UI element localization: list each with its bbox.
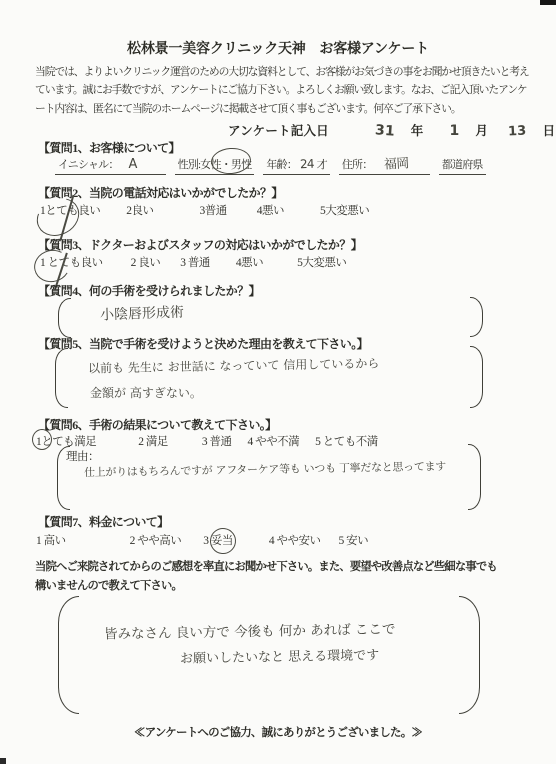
q3-option-4: 4悪い	[236, 254, 263, 270]
comment-line1-handwritten: 皆みなさん 良い方で 今後も 何か あれば ここで	[104, 617, 396, 642]
date-label: アンケート記入日	[228, 121, 329, 139]
scan-artifact-bottom-left	[0, 758, 6, 764]
scan-artifact-top-right	[540, 0, 556, 5]
q2-option-5: 5大変悪い	[320, 202, 369, 218]
question1-fields-row: イニシャル： A 性別: 女性 ・ 男性 年齢： 24 才 住所： 福岡 都道府…	[55, 153, 486, 175]
q7-option-4: 4 やや安い	[269, 532, 321, 548]
age-label: 年齢：	[266, 156, 297, 172]
question6-options-row: 1とても満足 2 満足 3 普通 4 やや不満 5 とても不満	[36, 433, 378, 449]
survey-date-row: アンケート記入日 31 年 1 月 13 日	[228, 121, 555, 139]
q3-option-2: 2 良い	[131, 254, 161, 270]
question7-header: 【質問7、料金について】	[38, 513, 169, 530]
question2-header: 【質問2、当院の電話対応はいかがでしたか？】	[38, 184, 283, 201]
date-month-value-handwritten: 1	[449, 123, 459, 139]
answer-bracket-right-q5	[470, 346, 483, 408]
question6-header: 【質問6、手術の結果について教えて下さい。】	[38, 416, 277, 433]
address-label: 住所：	[342, 156, 373, 172]
answer-bracket-left-q4	[58, 298, 71, 338]
q6-option-4: 4 やや不満	[248, 433, 300, 449]
field-initial: イニシャル： A	[55, 156, 166, 175]
field-age: 年齢： 24 才	[263, 156, 329, 175]
question2-options-row: 1とても良い 2良い 3普通 4悪い 5大変悪い	[40, 202, 369, 218]
q5-answer-line1-handwritten: 以前も 先生に お世話に なっていて 信用しているから	[88, 354, 380, 376]
page-title: 松林景一美容クリニック天神 お客様アンケート	[0, 38, 556, 58]
q7-option-5: 5 安い	[339, 532, 369, 548]
date-month-unit: 月	[475, 121, 488, 139]
intro-line: 当院では、よりよいクリニック運営のための大切な資料として、お客様がお気づきの事を…	[35, 63, 535, 81]
q6-reason-label: 理由：	[66, 448, 99, 464]
date-year-unit: 年	[411, 121, 424, 139]
q6-option-2: 2 満足	[138, 433, 168, 449]
comment-line2-handwritten: お願いしたいなと 思える環境です	[180, 644, 379, 666]
age-unit: 才	[317, 156, 327, 172]
intro-paragraph: 当院では、よりよいクリニック運営のための大切な資料として、お客様がお気づきの事を…	[35, 63, 535, 118]
question5-header: 【質問5、当院で手術を受けようと決めた理由を教えて下さい。】	[38, 335, 368, 352]
q3-option-5: 5大変悪い	[297, 254, 346, 270]
selection-circle-q6	[32, 429, 52, 450]
q3-option-3: 3 普通	[180, 254, 210, 270]
comment-box-bracket-right	[459, 596, 480, 714]
feedback-intro: 当院へご来院されてからのご感想を率直にお聞かせ下さい。また、要望や改善点など些細…	[35, 558, 535, 595]
initial-value-handwritten: A	[129, 157, 137, 172]
question3-header: 【質問3、ドクターおよびスタッフの対応はいかがでしたか？】	[38, 236, 362, 253]
answer-bracket-right-q4	[470, 297, 483, 337]
feedback-intro-line: 構いませんので教えて下さい。	[35, 577, 535, 596]
q5-answer-line2-handwritten: 金額が 高すぎない。	[90, 384, 202, 401]
q2-option-3: 3普通	[200, 202, 227, 218]
age-value-handwritten: 24	[300, 157, 314, 171]
question3-options-row: 1 とても良い 2 良い 3 普通 4悪い 5大変悪い	[40, 254, 346, 270]
date-year-value-handwritten: 31	[374, 122, 395, 139]
thank-you-footer: ≪アンケートへのご協力、誠にありがとうございました。≫	[0, 724, 556, 740]
address-value-handwritten: 福岡	[384, 152, 409, 172]
survey-scan-page: 松林景一美容クリニック天神 お客様アンケート 当院では、よりよいクリニック運営の…	[0, 0, 556, 764]
q6-option-3: 3 普通	[202, 433, 232, 449]
date-day-value-handwritten: 13	[508, 124, 527, 140]
prefecture-label: 都道府県	[442, 156, 483, 172]
answer-bracket-right-q6	[468, 444, 481, 510]
comment-box-bracket-left	[58, 596, 79, 714]
answer-bracket-left-q5	[55, 348, 68, 408]
field-address: 住所： 福岡	[339, 153, 430, 175]
selection-circle-q7	[208, 526, 237, 555]
q2-option-4: 4悪い	[257, 202, 284, 218]
initial-label: イニシャル：	[58, 156, 119, 172]
question7-options-row: 1 高い 2 やや高い 3 妥当 4 やや安い 5 安い	[36, 532, 368, 548]
field-prefecture: 都道府県	[439, 156, 486, 175]
feedback-intro-line: 当院へご来院されてからのご感想を率直にお聞かせ下さい。また、要望や改善点など些細…	[35, 558, 535, 577]
q7-option-2: 2 やや高い	[130, 532, 182, 548]
gender-label: 性別:	[178, 156, 201, 172]
q6-option-5: 5 とても不満	[315, 433, 378, 449]
q7-option-1: 1 高い	[36, 532, 66, 548]
q6-reason-handwritten: 仕上がりはもちろんですが アフターケア等も いつも 丁寧だなと思ってます	[84, 458, 446, 480]
intro-line: ート内容は、匿名にて当院のホームページに掲載させて頂く事もございます。何卒ご了承…	[35, 100, 535, 118]
intro-line: ています。誠にお手数ですが、アンケートにご協力下さい。よろしくお願い致します。な…	[35, 81, 535, 99]
q2-option-2: 2良い	[126, 202, 153, 218]
q4-answer-handwritten: 小陰唇形成術	[100, 302, 185, 325]
question4-header: 【質問4、何の手術を受けられましたか？】	[38, 282, 260, 299]
date-day-unit: 日	[543, 121, 556, 139]
